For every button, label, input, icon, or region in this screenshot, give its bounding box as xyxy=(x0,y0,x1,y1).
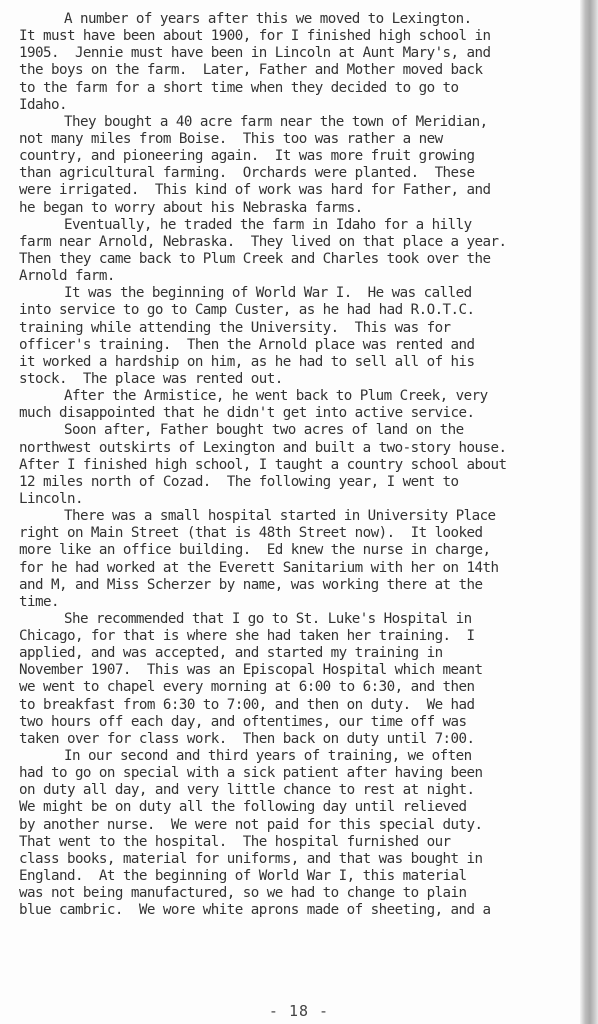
text-line: Eventually, he traded the farm in Idaho … xyxy=(19,217,579,234)
text-line: class books, material for uniforms, and … xyxy=(19,851,579,868)
text-line: blue cambric. We wore white aprons made … xyxy=(19,902,579,919)
text-line: England. At the beginning of World War I… xyxy=(19,868,579,885)
text-line: training while attending the University.… xyxy=(19,320,579,337)
text-line: She recommended that I go to St. Luke's … xyxy=(19,611,579,628)
text-line: had to go on special with a sick patient… xyxy=(19,765,579,782)
text-line: After I finished high school, I taught a… xyxy=(19,457,579,474)
text-line: the boys on the farm. Later, Father and … xyxy=(19,62,579,79)
text-line: time. xyxy=(19,594,579,611)
text-line: Idaho. xyxy=(19,97,579,114)
text-line: it worked a hardship on him, as he had t… xyxy=(19,354,579,371)
text-line: to breakfast from 6:30 to 7:00, and then… xyxy=(19,697,579,714)
page-number: - 18 - xyxy=(0,1002,598,1020)
body-text: A number of years after this we moved to… xyxy=(19,11,579,919)
text-line: They bought a 40 acre farm near the town… xyxy=(19,114,579,131)
text-line: It must have been about 1900, for I fini… xyxy=(19,28,579,45)
text-line: right on Main Street (that is 48th Stree… xyxy=(19,525,579,542)
text-line: That went to the hospital. The hospital … xyxy=(19,834,579,851)
text-line: In our second and third years of trainin… xyxy=(19,748,579,765)
text-line: We might be on duty all the following da… xyxy=(19,799,579,816)
text-line: 1905. Jennie must have been in Lincoln a… xyxy=(19,45,579,62)
text-line: was not being manufactured, so we had to… xyxy=(19,885,579,902)
text-line: two hours off each day, and oftentimes, … xyxy=(19,714,579,731)
document-page: A number of years after this we moved to… xyxy=(0,0,598,1024)
text-line: by another nurse. We were not paid for t… xyxy=(19,817,579,834)
text-line: A number of years after this we moved to… xyxy=(19,11,579,28)
text-line: It was the beginning of World War I. He … xyxy=(19,285,579,302)
text-line: into service to go to Camp Custer, as he… xyxy=(19,302,579,319)
text-line: There was a small hospital started in Un… xyxy=(19,508,579,525)
text-line: officer's training. Then the Arnold plac… xyxy=(19,337,579,354)
text-line: farm near Arnold, Nebraska. They lived o… xyxy=(19,234,579,251)
text-line: After the Armistice, he went back to Plu… xyxy=(19,388,579,405)
text-line: Then they came back to Plum Creek and Ch… xyxy=(19,251,579,268)
text-line: were irrigated. This kind of work was ha… xyxy=(19,182,579,199)
text-line: much disappointed that he didn't get int… xyxy=(19,405,579,422)
text-line: northwest outskirts of Lexington and bui… xyxy=(19,440,579,457)
text-line: country, and pioneering again. It was mo… xyxy=(19,148,579,165)
text-line: stock. The place was rented out. xyxy=(19,371,579,388)
text-line: Arnold farm. xyxy=(19,268,579,285)
text-line: we went to chapel every morning at 6:00 … xyxy=(19,679,579,696)
text-line: Lincoln. xyxy=(19,491,579,508)
text-line: to the farm for a short time when they d… xyxy=(19,80,579,97)
binding-shadow xyxy=(580,0,598,1024)
text-line: he began to worry about his Nebraska far… xyxy=(19,200,579,217)
text-line: Chicago, for that is where she had taken… xyxy=(19,628,579,645)
text-line: November 1907. This was an Episcopal Hos… xyxy=(19,662,579,679)
text-line: on duty all day, and very little chance … xyxy=(19,782,579,799)
text-line: and M, and Miss Scherzer by name, was wo… xyxy=(19,577,579,594)
text-line: than agricultural farming. Orchards were… xyxy=(19,165,579,182)
text-line: Soon after, Father bought two acres of l… xyxy=(19,422,579,439)
text-line: more like an office building. Ed knew th… xyxy=(19,542,579,559)
text-line: taken over for class work. Then back on … xyxy=(19,731,579,748)
text-line: not many miles from Boise. This too was … xyxy=(19,131,579,148)
text-line: 12 miles north of Cozad. The following y… xyxy=(19,474,579,491)
text-line: applied, and was accepted, and started m… xyxy=(19,645,579,662)
text-line: for he had worked at the Everett Sanitar… xyxy=(19,560,579,577)
